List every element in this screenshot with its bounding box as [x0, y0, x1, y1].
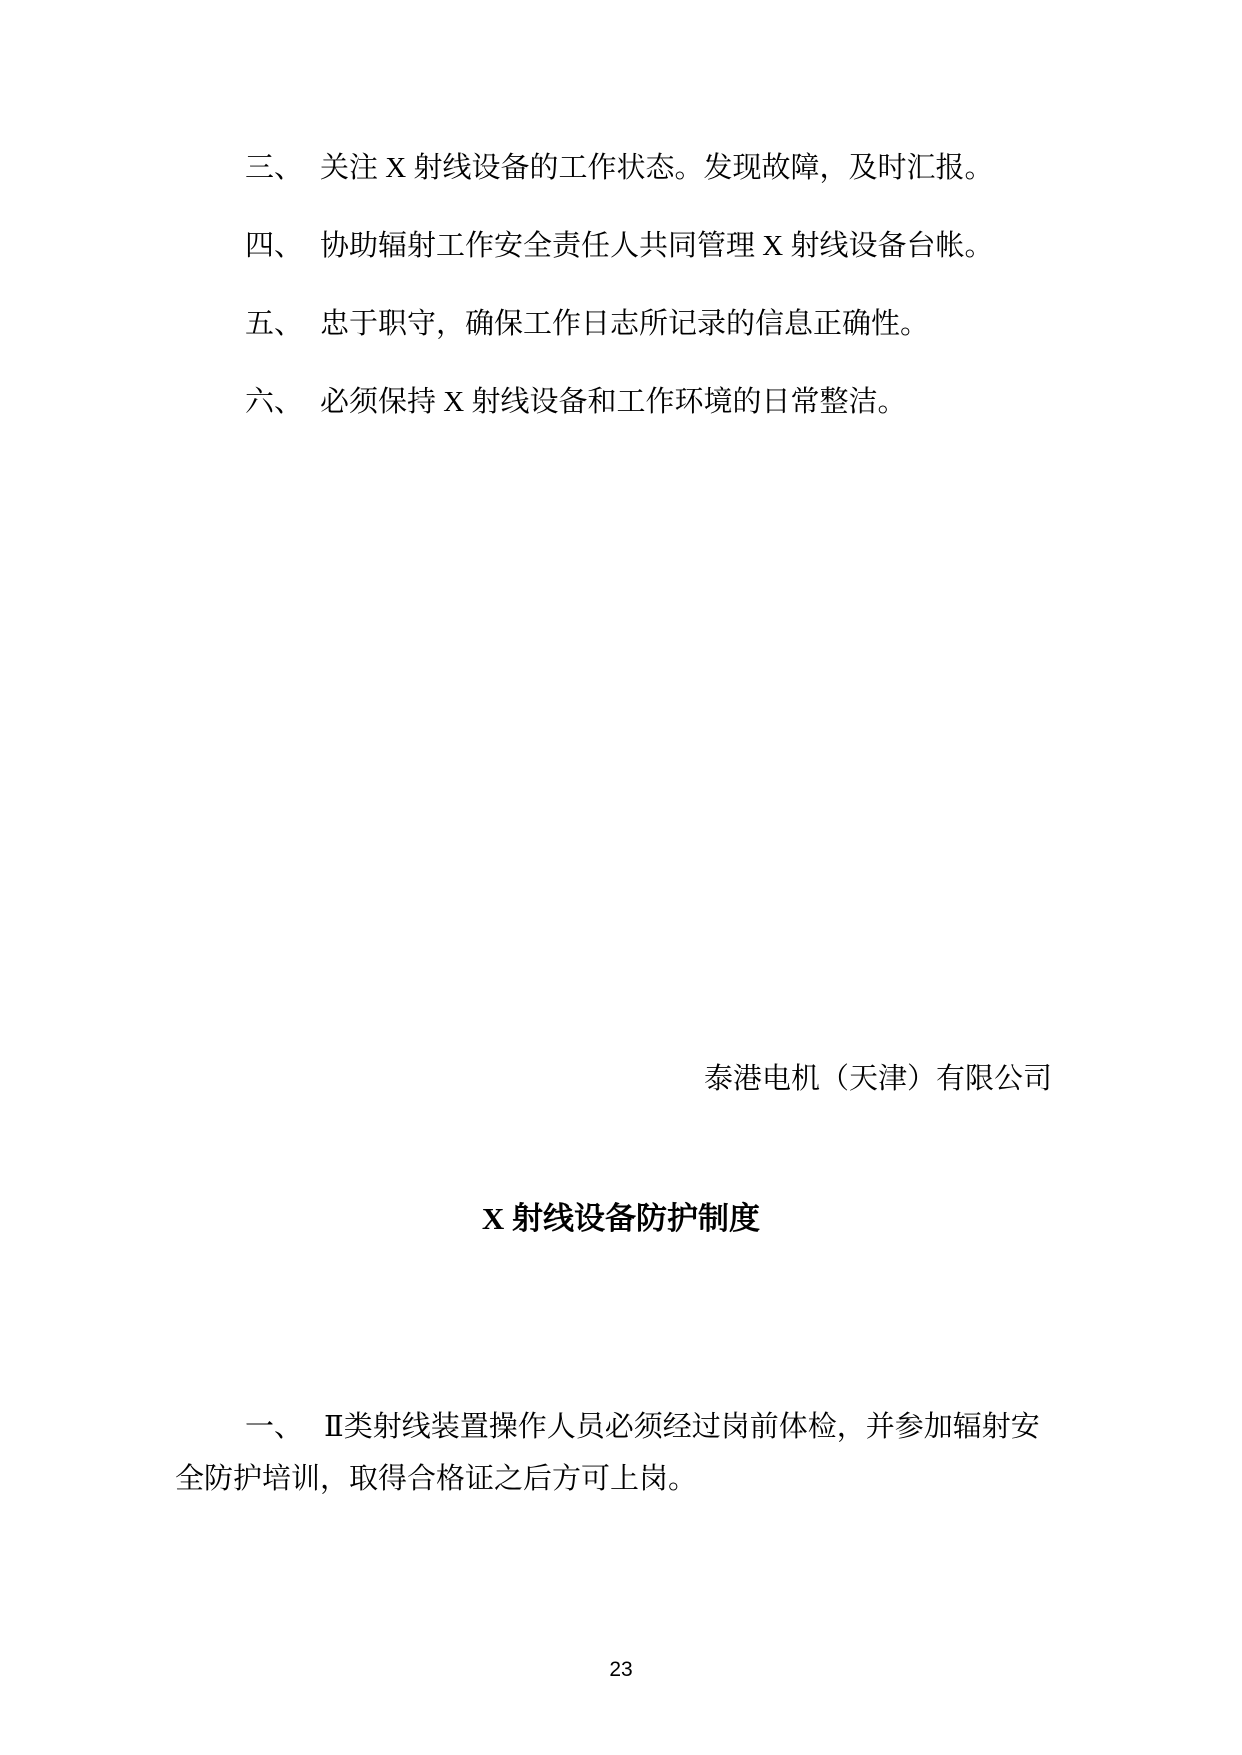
list-item-number: 三、 — [245, 149, 303, 187]
list-item-number: 六、 — [245, 383, 303, 421]
paragraph-text-line1: Ⅱ类射线装置操作人员必须经过岗前体检，并参加辐射安 — [324, 1411, 1040, 1443]
list-item: 六、必须保持 X 射线设备和工作环境的日常整洁。 — [175, 383, 1067, 421]
list-item: 四、协助辐射工作安全责任人共同管理 X 射线设备台帐。 — [175, 227, 1067, 265]
list-item-text: 关注 X 射线设备的工作状态。发现故障，及时汇报。 — [320, 152, 993, 184]
list-item-text: 必须保持 X 射线设备和工作环境的日常整洁。 — [320, 386, 906, 418]
company-name: 泰港电机（天津）有限公司 — [704, 1063, 1052, 1095]
section-title: X 射线设备防护制度 — [175, 1200, 1067, 1238]
list-item-text: 忠于职守，确保工作日志所记录的信息正确性。 — [320, 308, 929, 340]
list-item: 三、关注 X 射线设备的工作状态。发现故障，及时汇报。 — [175, 149, 1067, 187]
paragraph-number: 一、 — [245, 1408, 303, 1446]
list-item: 五、忠于职守，确保工作日志所记录的信息正确性。 — [175, 305, 1067, 343]
section-title-text: X 射线设备防护制度 — [482, 1201, 760, 1236]
page-number: 23 — [0, 1658, 1242, 1682]
paragraph-line: 一、Ⅱ类射线装置操作人员必须经过岗前体检，并参加辐射安 — [175, 1408, 1067, 1446]
paragraph-text-line2: 全防护培训，取得合格证之后方可上岗。 — [175, 1463, 697, 1495]
paragraph-line: 全防护培训，取得合格证之后方可上岗。 — [175, 1460, 1067, 1498]
list-item-number: 五、 — [245, 305, 303, 343]
company-signature: 泰港电机（天津）有限公司 — [175, 1060, 1067, 1098]
document-page: 三、关注 X 射线设备的工作状态。发现故障，及时汇报。 四、协助辐射工作安全责任… — [0, 0, 1242, 1755]
list-item-number: 四、 — [245, 227, 303, 265]
list-item-text: 协助辐射工作安全责任人共同管理 X 射线设备台帐。 — [320, 230, 993, 262]
